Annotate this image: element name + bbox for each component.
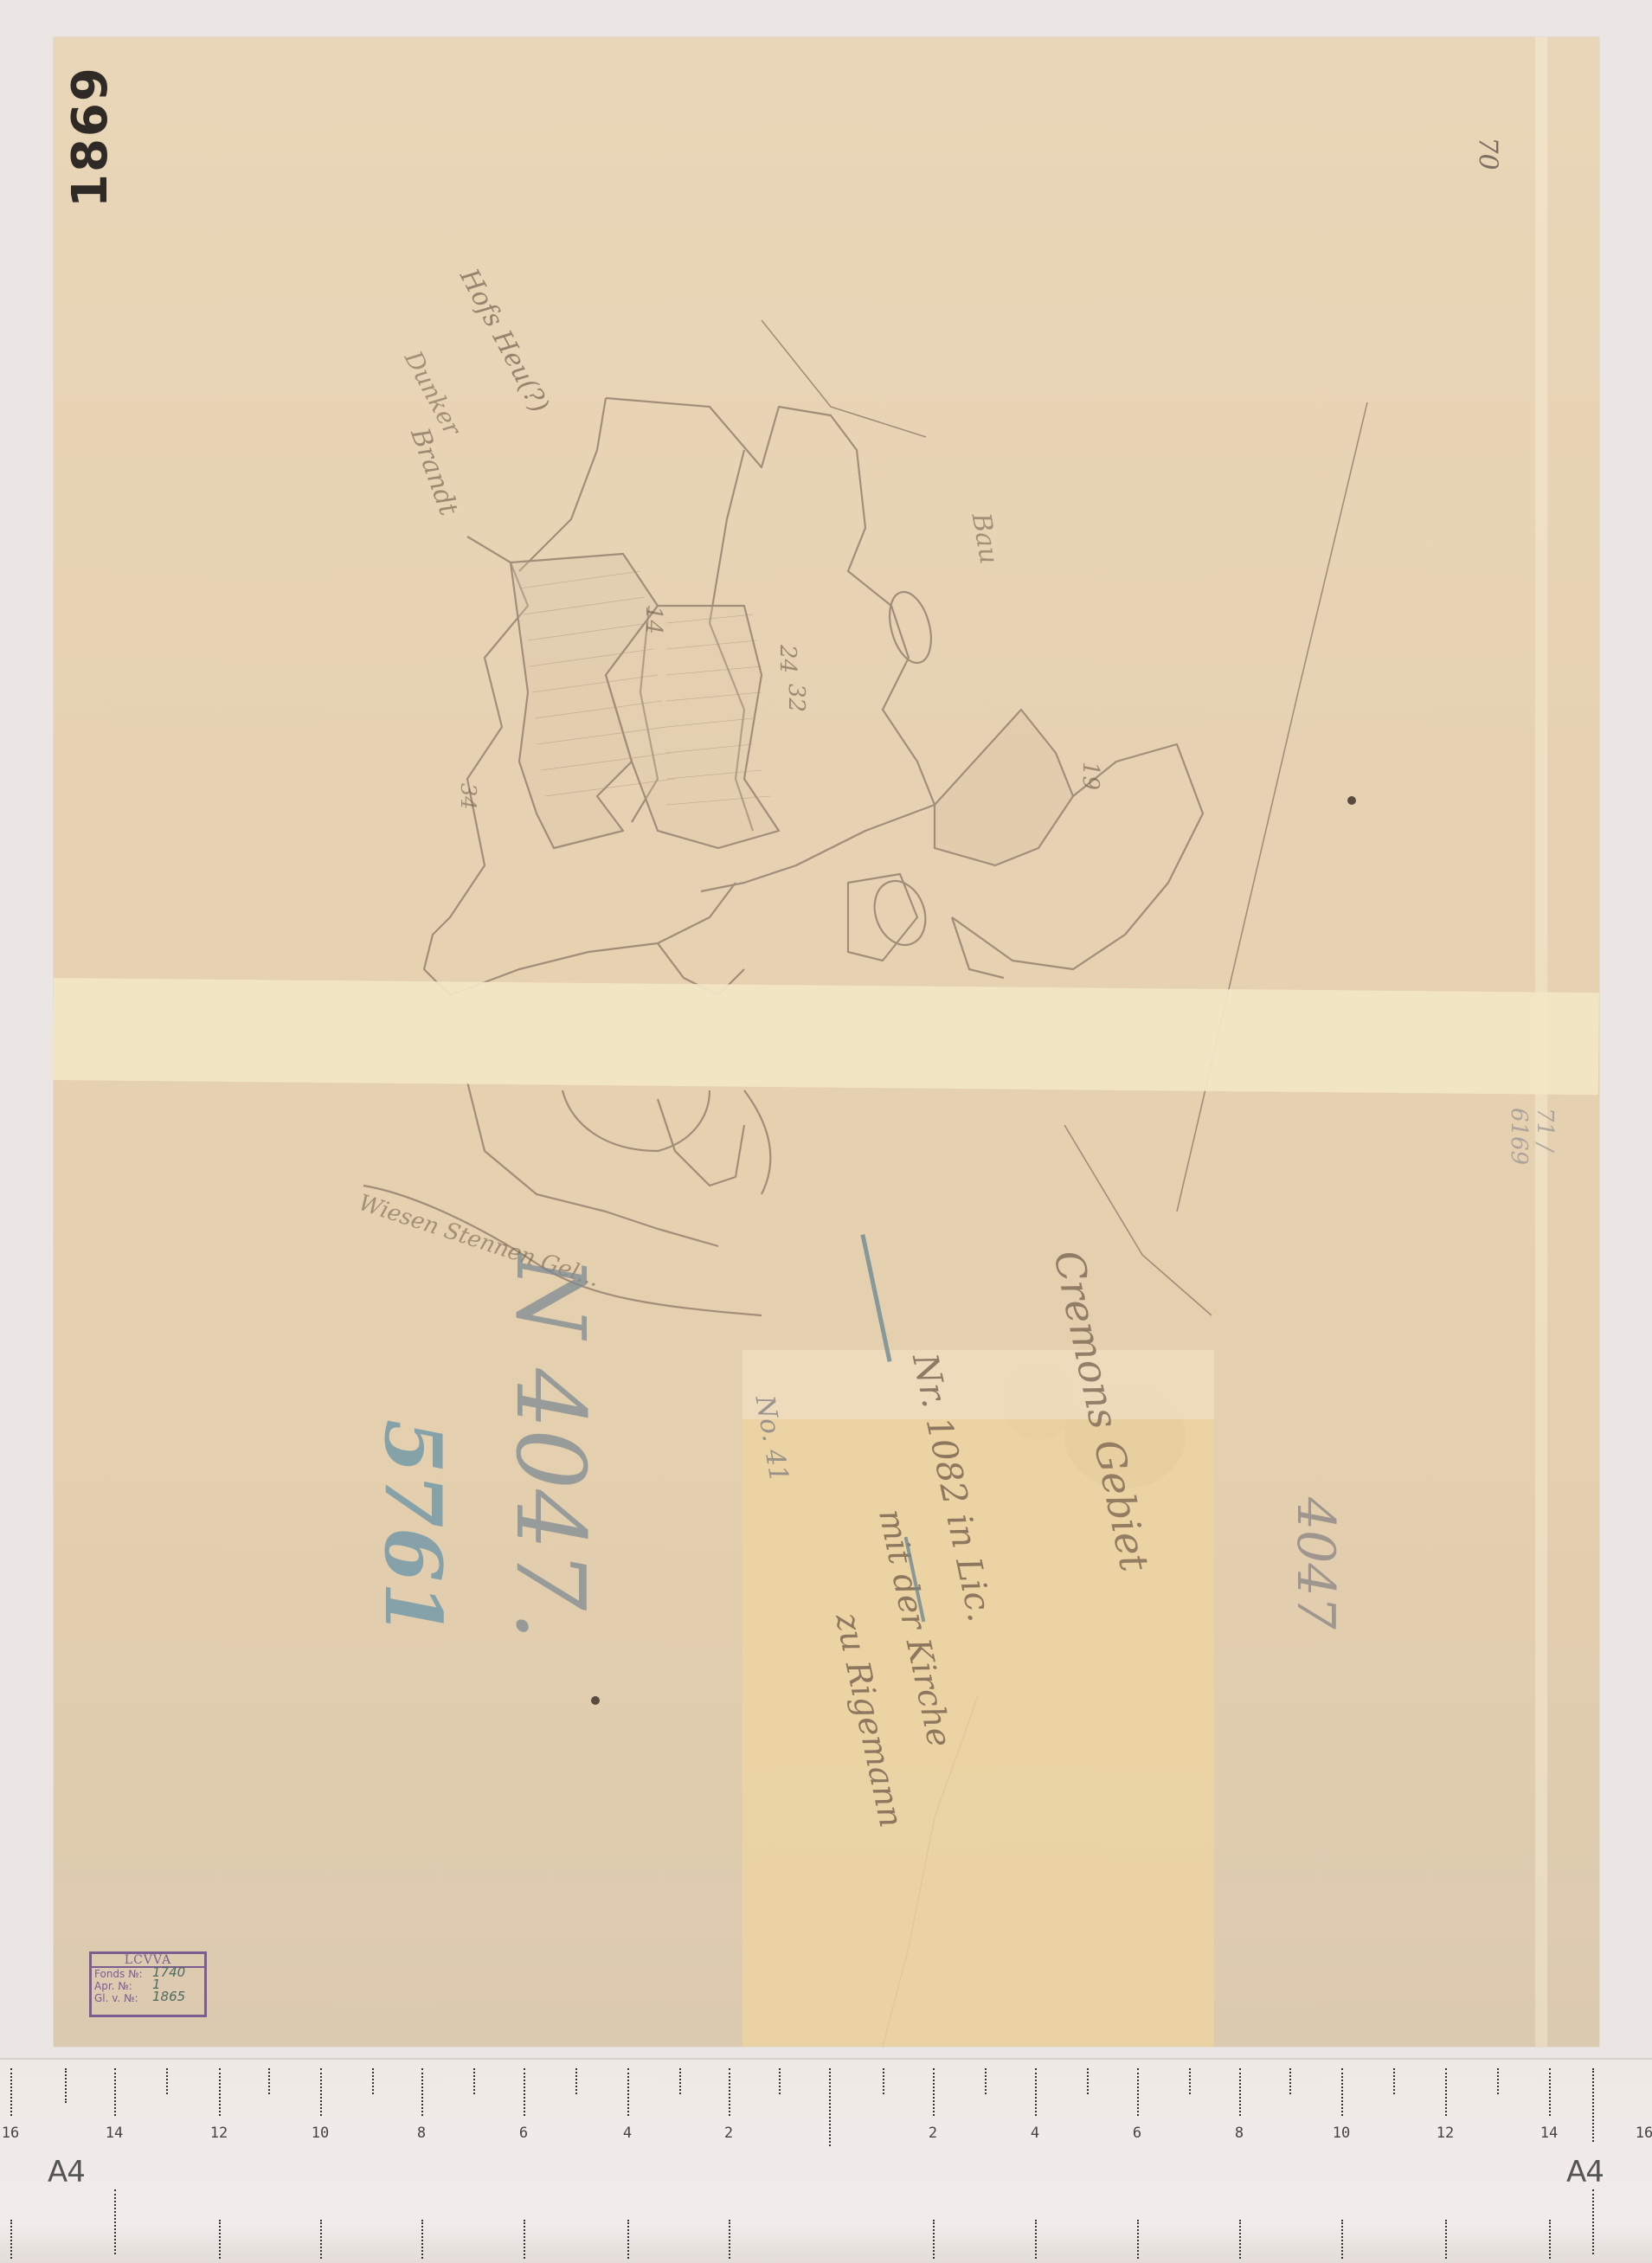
pencil-number-blue: 5761 <box>367 1419 459 1636</box>
archive-stamp: LCVVA Fonds №: 1740 Apr. №: 1 Gl. v. №: … <box>89 1951 207 2017</box>
ruler-tick <box>1239 2220 1243 2259</box>
ruler-tick <box>372 2068 376 2094</box>
stamp-row-glv: Gl. v. №: 1865 <box>92 1992 204 2004</box>
stamp-value: 1865 <box>152 1990 185 2003</box>
ruler-tick <box>829 2068 832 2146</box>
field-number-1: 14 <box>640 606 666 634</box>
ruler-tick <box>1549 2068 1552 2116</box>
ruler-tick <box>933 2220 936 2259</box>
tick-label: 2 <box>929 2125 937 2142</box>
ruler-tick <box>1239 2068 1243 2116</box>
ruler-label-left: A4 <box>48 2155 85 2189</box>
tick-label: 6 <box>519 2125 528 2142</box>
ruler-tick <box>883 2068 886 2094</box>
tick-label: 4 <box>1031 2125 1039 2142</box>
measurement-ruler: A4 A4 16 14 12 10 8 6 4 2 2 4 6 8 10 12 … <box>0 2058 1652 2263</box>
ruler-tick <box>1189 2068 1192 2094</box>
tick-label: 14 <box>106 2125 123 2142</box>
ruler-tick <box>320 2068 324 2116</box>
ruler-tick <box>473 2068 477 2094</box>
ruler-tick <box>320 2220 324 2259</box>
field-number-2: 24 <box>775 645 800 673</box>
stamp-label: Gl. v. №: <box>94 1992 138 2004</box>
ruler-tick <box>575 2068 579 2094</box>
ruler-tick <box>1035 2068 1038 2116</box>
tick-label: 4 <box>623 2125 632 2142</box>
ruler-tick <box>1549 2220 1552 2259</box>
ruler-label-right: A4 <box>1566 2155 1604 2189</box>
ruler-tick <box>779 2068 782 2094</box>
ruler-tick <box>933 2068 936 2116</box>
ruler-tick <box>1341 2220 1345 2259</box>
ruler-tick <box>1137 2220 1141 2259</box>
tick-label: 2 <box>724 2125 733 2142</box>
ruler-tick <box>421 2220 425 2259</box>
tick-label: 16 <box>1636 2125 1652 2142</box>
paper-repair-strip <box>53 978 1599 1095</box>
tick-label: 6 <box>1133 2125 1141 2142</box>
ruler-tick <box>985 2068 988 2094</box>
ruler-tick <box>679 2068 683 2094</box>
stamp-label: Fonds №: <box>94 1968 143 1980</box>
ruler-tick <box>219 2068 222 2116</box>
ruler-tick <box>1592 2068 1596 2142</box>
pencil-mark-right: 4047 <box>1285 1497 1346 1630</box>
ruler-tick <box>524 2068 527 2116</box>
tick-label: 12 <box>1437 2125 1454 2142</box>
tick-label: 16 <box>2 2125 19 2142</box>
ruler-tick <box>166 2068 170 2094</box>
tick-label: 12 <box>210 2125 228 2142</box>
ruler-tick <box>1035 2220 1038 2259</box>
year-mark: 1869 <box>62 66 119 208</box>
ruler-tick <box>1497 2068 1501 2094</box>
stamp-row-apr: Apr. №: 1 <box>92 1980 204 1992</box>
ruler-tick <box>114 2068 118 2116</box>
tick-label: 10 <box>312 2125 329 2142</box>
label-overlay-tissue <box>742 1350 1214 1419</box>
ruler-tick <box>10 2068 14 2116</box>
ruler-tick <box>219 2220 222 2259</box>
ruler-tick <box>1445 2068 1449 2116</box>
stamp-label: Apr. №: <box>94 1980 132 1992</box>
tick-label: 8 <box>1235 2125 1244 2142</box>
ruler-tick <box>524 2220 527 2259</box>
ruler-tick <box>65 2068 68 2103</box>
ruler-tick <box>729 2220 732 2259</box>
ruler-tick <box>1137 2068 1141 2116</box>
ruler-tick <box>268 2068 272 2094</box>
tick-label: 10 <box>1333 2125 1350 2142</box>
ruler-tick <box>421 2068 425 2116</box>
page-number: 70 <box>1473 137 1503 170</box>
tick-label: 14 <box>1540 2125 1558 2142</box>
ruler-tick <box>729 2068 732 2116</box>
ruler-tick <box>1341 2068 1345 2116</box>
ruler-tick <box>1445 2220 1449 2259</box>
ruler-tick <box>627 2220 631 2259</box>
field-number-4: 19 <box>1077 762 1103 790</box>
ruler-tick <box>1393 2068 1397 2094</box>
ruler-tick <box>627 2068 631 2116</box>
pasted-label-paper <box>742 1350 1214 2047</box>
field-number-3: 32 <box>783 684 809 712</box>
ruler-tick <box>1592 2189 1596 2254</box>
stamp-row-fonds: Fonds №: 1740 <box>92 1968 204 1980</box>
pencil-side-mark: 71 / 6169 <box>1506 1108 1558 1202</box>
ruler-tick <box>1289 2068 1293 2094</box>
pencil-mark-large: N 4047. <box>495 1255 606 1641</box>
stamp-title: LCVVA <box>92 1954 204 1968</box>
tick-label: 8 <box>417 2125 426 2142</box>
ruler-tick <box>114 2189 118 2254</box>
field-number-5: 34 <box>456 783 480 810</box>
ruler-tick <box>10 2220 14 2259</box>
ruler-tick <box>1087 2068 1090 2094</box>
